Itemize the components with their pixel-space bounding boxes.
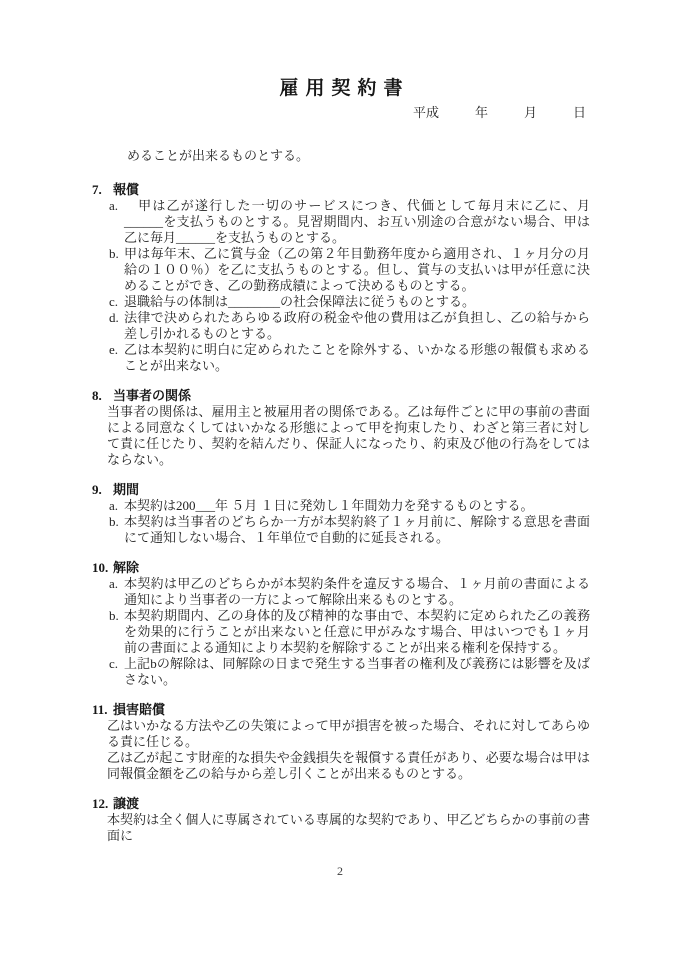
section-12-assignment: 12. 譲渡 本契約は全く個人に専属されている専属的な契約であり、甲乙どちらかの…: [92, 796, 590, 844]
carryover-text: めることが出来るものとする。: [92, 148, 590, 164]
section-paragraph: 本契約は全く個人に専属されている専属的な契約であり、甲乙どちらかの事前の書面に: [92, 812, 590, 844]
section-title: 解除: [113, 560, 590, 576]
date-day-label: 日: [573, 105, 586, 121]
section-7-compensation: 7. 報償 a. 甲は乙が遂行した一切のサービスにつき、代価として毎月末に乙に、…: [92, 182, 590, 374]
item-marker: b.: [109, 246, 124, 294]
list-item: b. 甲は毎年末、乙に賞与金（乙の第２年目勤務年度から適用され、１ヶ月分の月給の…: [92, 246, 590, 294]
document-title: 雇用契約書: [92, 76, 590, 102]
section-title: 報償: [113, 182, 590, 198]
date-line: 平成 年 月 日: [92, 105, 590, 121]
list-item: b. 本契約期間内、乙の身体的及び精神的な事由で、本契約に定められた乙の義務を効…: [92, 608, 590, 656]
section-title: 期間: [113, 482, 590, 498]
list-item: b. 本契約は当事者のどちらか一方が本契約終了１ヶ月前に、解除する意思を書面にて…: [92, 514, 590, 546]
item-marker: a.: [109, 576, 124, 608]
item-text: 乙は本契約に明白に定められたことを除外する、いかなる形態の報償も求めることが出来…: [124, 342, 590, 374]
section-heading: 11. 損害賠償: [92, 702, 590, 718]
item-marker: e.: [109, 342, 124, 374]
section-10-termination: 10. 解除 a. 本契約は甲乙のどちらかが本契約条件を違反する場合、１ヶ月前の…: [92, 560, 590, 688]
section-heading: 12. 譲渡: [92, 796, 590, 812]
item-text: 本契約は200___年 ５月 １日に発効し１年間効力を発するものとする。: [124, 498, 590, 514]
list-item: e. 乙は本契約に明白に定められたことを除外する、いかなる形態の報償も求めること…: [92, 342, 590, 374]
section-number: 8.: [92, 388, 113, 404]
item-marker: a.: [109, 498, 124, 514]
item-text: 本契約期間内、乙の身体的及び精神的な事由で、本契約に定められた乙の義務を効果的に…: [124, 608, 590, 656]
list-item: a. 本契約は甲乙のどちらかが本契約条件を違反する場合、１ヶ月前の書面による通知…: [92, 576, 590, 608]
section-8-relationship: 8. 当事者の関係 当事者の関係は、雇用主と被雇用者の関係である。乙は毎件ごとに…: [92, 388, 590, 468]
section-number: 7.: [92, 182, 113, 198]
item-marker: c.: [109, 294, 124, 310]
list-item: d. 法律で決められたあらゆる政府の税金や他の費用は乙が負担し、乙の給与から差し…: [92, 310, 590, 342]
item-marker: c.: [109, 656, 124, 688]
section-number: 11.: [92, 702, 113, 718]
item-text: 甲は毎年末、乙に賞与金（乙の第２年目勤務年度から適用され、１ヶ月分の月給の１００…: [124, 246, 590, 294]
section-9-term: 9. 期間 a. 本契約は200___年 ５月 １日に発効し１年間効力を発するも…: [92, 482, 590, 546]
section-heading: 8. 当事者の関係: [92, 388, 590, 404]
item-text: 本契約は当事者のどちらか一方が本契約終了１ヶ月前に、解除する意思を書面にて通知し…: [124, 514, 590, 546]
section-paragraph: 当事者の関係は、雇用主と被雇用者の関係である。乙は毎件ごとに甲の事前の書面による…: [92, 404, 590, 468]
date-month-label: 月: [524, 105, 537, 121]
date-year-label: 年: [475, 105, 488, 121]
section-number: 12.: [92, 796, 113, 812]
item-marker: b.: [109, 514, 124, 546]
section-number: 9.: [92, 482, 113, 498]
list-item: a. 甲は乙が遂行した一切のサービスにつき、代価として毎月末に乙に、月_____…: [92, 198, 590, 246]
section-paragraph: 乙は乙が起こす財産的な損失や金銭損失を報償する責任があり、必要な場合は甲は同報償…: [92, 750, 590, 782]
section-heading: 9. 期間: [92, 482, 590, 498]
document-page: 雇用契約書 平成 年 月 日 めることが出来るものとする。 7. 報償 a. 甲…: [0, 0, 680, 962]
item-text: 法律で決められたあらゆる政府の税金や他の費用は乙が負担し、乙の給与から差し引かれ…: [124, 310, 590, 342]
section-title: 損害賠償: [113, 702, 590, 718]
section-11-damages: 11. 損害賠償 乙はいかなる方法や乙の失策によって甲が損害を被った場合、それに…: [92, 702, 590, 782]
list-item: c. 上記bの解除は、同解除の日まで発生する当事者の権利及び義務には影響を及ばさ…: [92, 656, 590, 688]
item-text: 上記bの解除は、同解除の日まで発生する当事者の権利及び義務には影響を及ばさない。: [124, 656, 590, 688]
section-title: 当事者の関係: [113, 388, 590, 404]
section-heading: 10. 解除: [92, 560, 590, 576]
section-title: 譲渡: [113, 796, 590, 812]
section-number: 10.: [92, 560, 113, 576]
list-item: c. 退職給与の体制は________の社会保障法に従うものとする。: [92, 294, 590, 310]
date-era-label: 平成: [413, 105, 439, 121]
item-text: 退職給与の体制は________の社会保障法に従うものとする。: [124, 294, 590, 310]
list-item: a. 本契約は200___年 ５月 １日に発効し１年間効力を発するものとする。: [92, 498, 590, 514]
section-heading: 7. 報償: [92, 182, 590, 198]
page-content: 雇用契約書 平成 年 月 日 めることが出来るものとする。 7. 報償 a. 甲…: [92, 76, 590, 844]
item-marker: d.: [109, 310, 124, 342]
section-paragraph: 乙はいかなる方法や乙の失策によって甲が損害を被った場合、それに対してあらゆる責に…: [92, 718, 590, 750]
item-text: 甲は乙が遂行した一切のサービスにつき、代価として毎月末に乙に、月______を支…: [124, 198, 590, 246]
page-number: 2: [0, 864, 680, 879]
item-text: 本契約は甲乙のどちらかが本契約条件を違反する場合、１ヶ月前の書面による通知により…: [124, 576, 590, 608]
item-marker: b.: [109, 608, 124, 656]
item-marker: a.: [109, 198, 124, 246]
